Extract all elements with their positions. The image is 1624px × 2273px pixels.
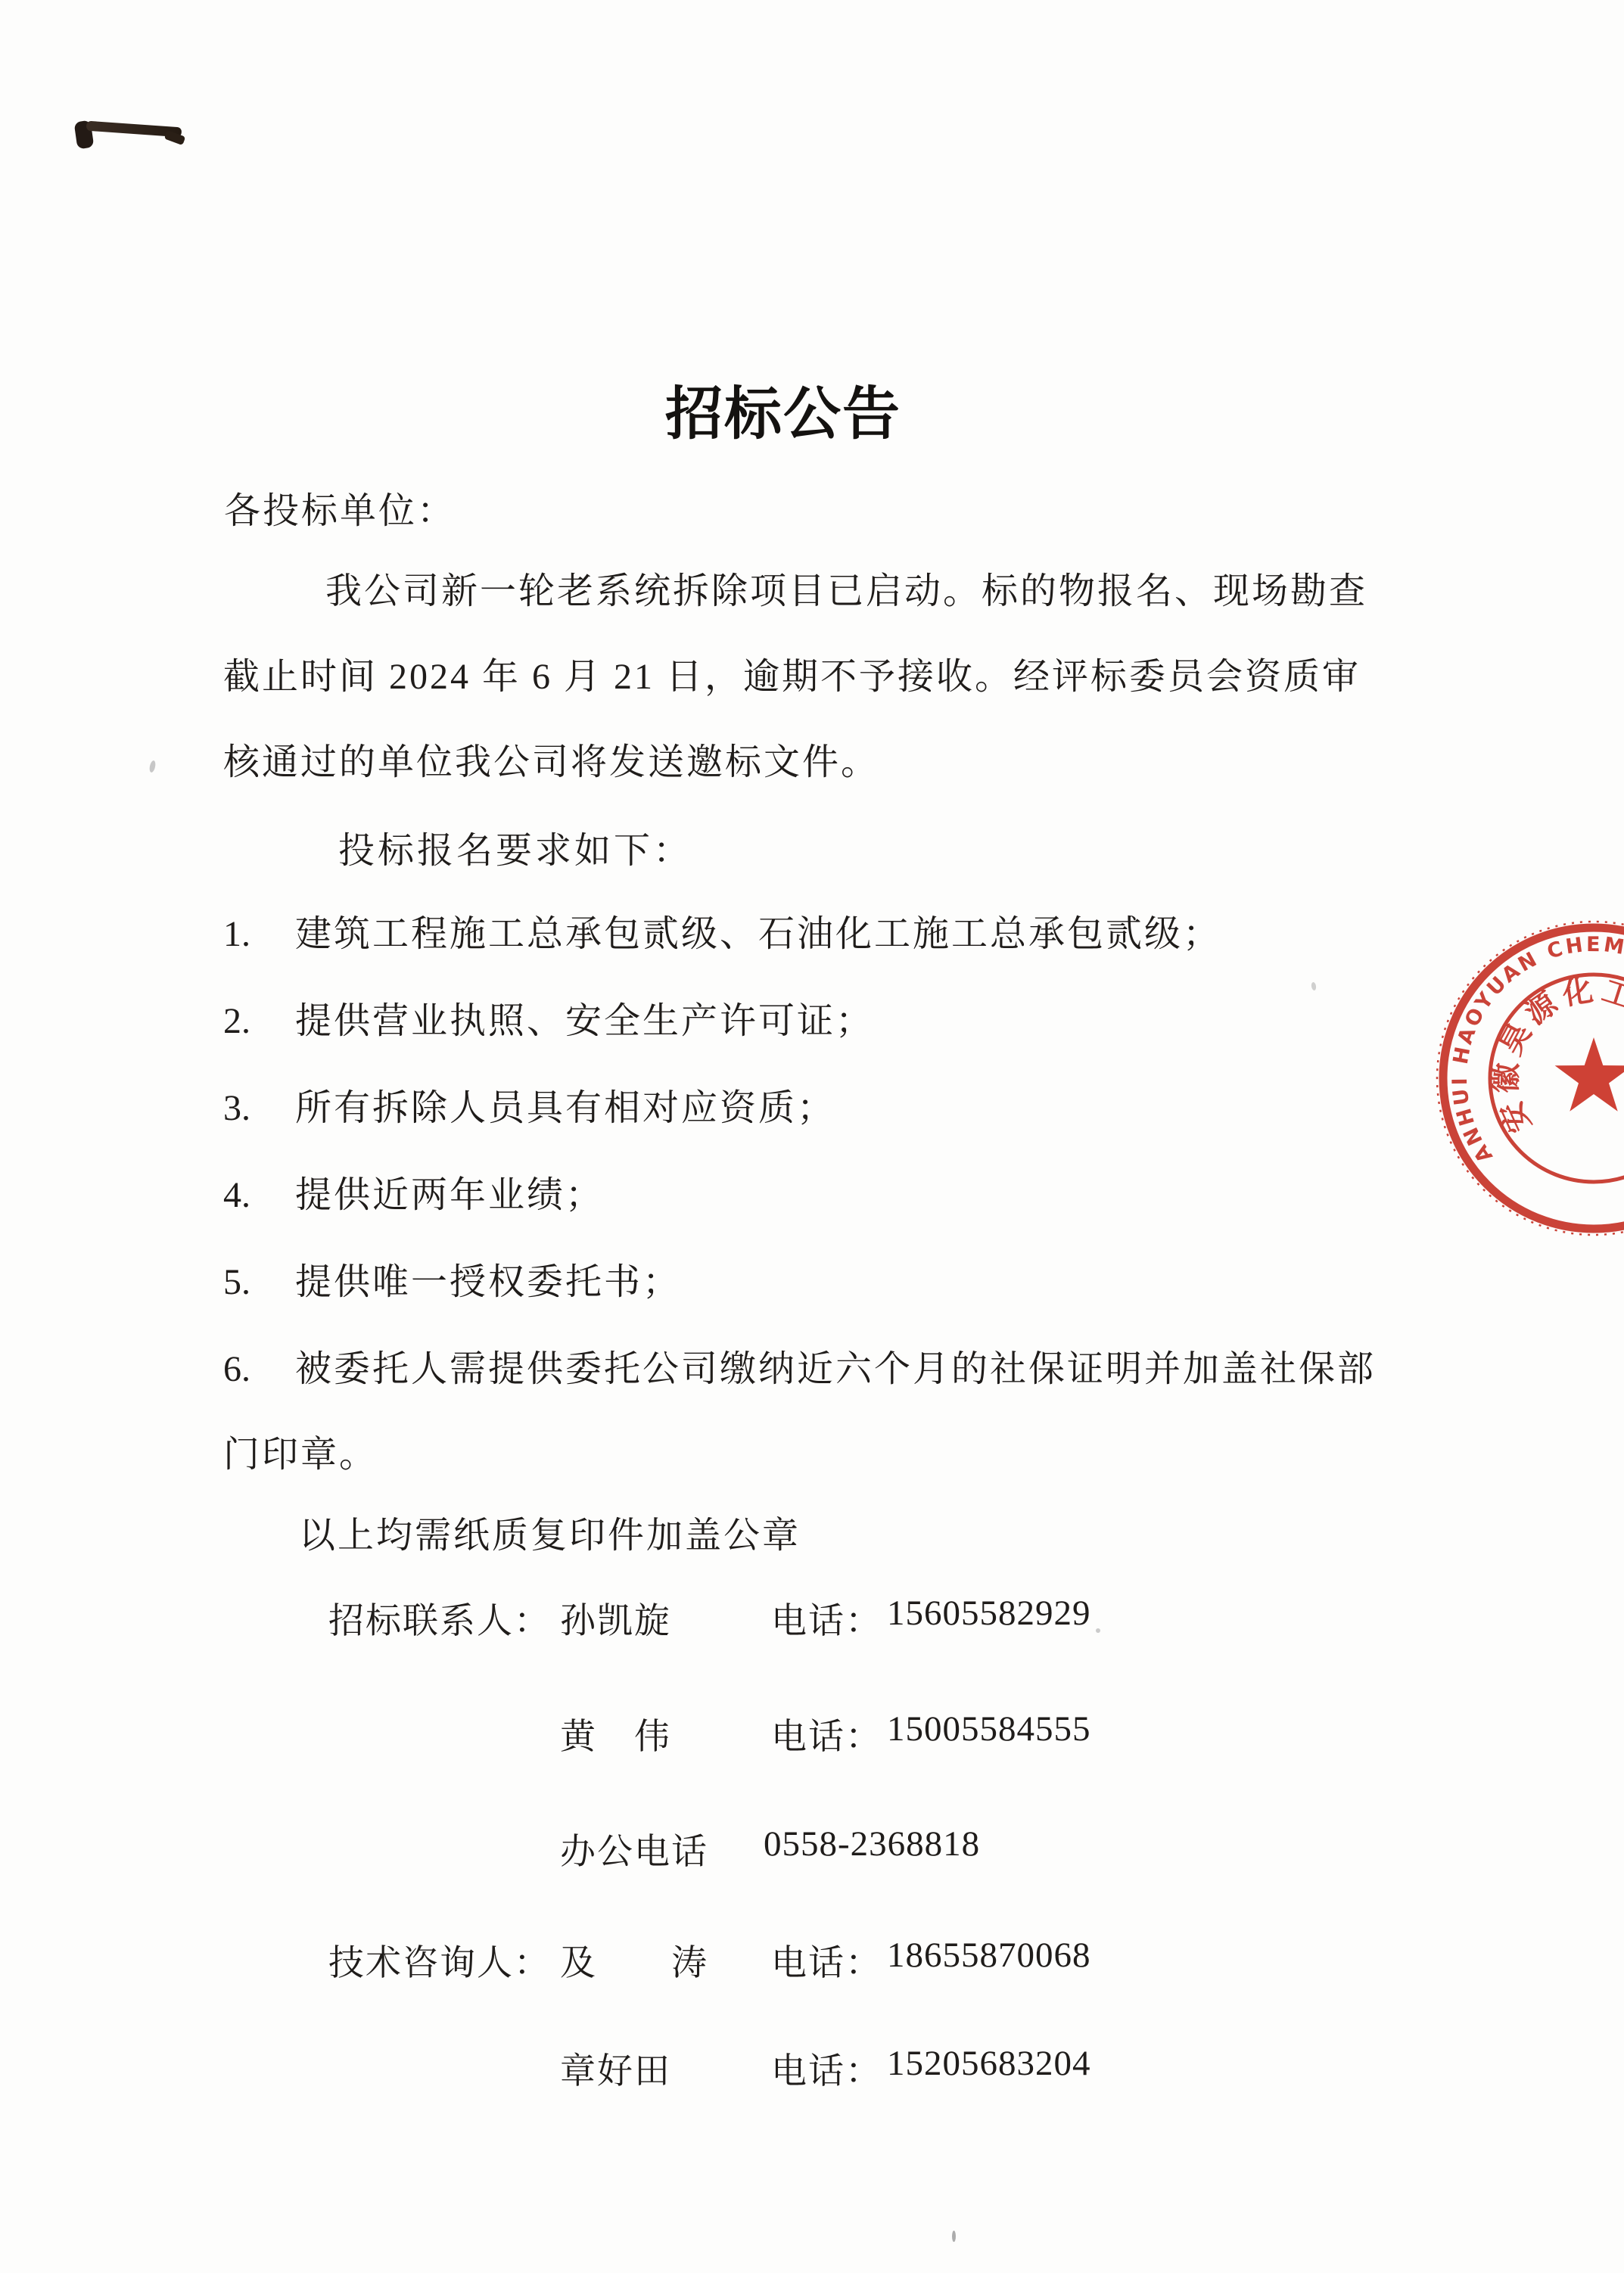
requirement-item-3: 3.所有拆除人员具有相对应资质； [223,1078,835,1130]
salutation-line: 各投标单位： [224,481,456,533]
contact-row-bidding-1: 招标联系人： 孙凯旋 电话： 15605582929 [0,1593,1624,1640]
requirement-number-4: 4. [223,1174,295,1216]
scanned-document-page: 招标公告 各投标单位： 我公司新一轮老系统拆除项目已启动。标的物报名、现场勘查 … [0,0,1624,2273]
contact-label: 技术咨询人： [328,1935,551,1985]
requirements-heading: 投标报名要求如下： [338,821,692,873]
contact-name: 办公电话 [560,1824,708,1874]
stamp-chinese-text: 安徽昊源化工集团 [1489,972,1624,1138]
requirement-text-3: 所有拆除人员具有相对应资质； [295,1088,835,1128]
contact-name: 及 涛 [560,1935,708,1985]
requirement-item-2: 2.提供营业执照、安全生产许可证； [223,991,874,1043]
staple-mark-tail [164,130,186,145]
scan-speck [952,2231,956,2242]
stamp-star [1555,1037,1624,1112]
phone-number: 15605582929 [887,1593,1091,1634]
contact-row-technical-2: 章好田 电话： 15205683204 [0,2043,1624,2090]
paragraph-line-1: 我公司新一轮老系统拆除项目已启动。标的物报名、现场勘查 [325,561,1367,614]
contact-name: 章好田 [560,2043,671,2094]
phone-number: 18655870068 [887,1935,1091,1976]
requirement-text-6: 被委托人需提供委托公司缴纳近六个月的社保证明并加盖社保部 [295,1349,1376,1389]
requirement-text-1: 建筑工程施工总承包贰级、石油化工施工总承包贰级； [295,914,1221,954]
note-line: 以上均需纸质复印件加盖公章 [299,1506,801,1558]
staple-mark [76,115,197,160]
requirement-text-2: 提供营业执照、安全生产许可证； [295,1001,874,1041]
phone-label: 电话： [771,1709,882,1759]
contact-name: 孙凯旋 [560,1593,671,1643]
requirement-text-5: 提供唯一授权委托书； [295,1262,681,1302]
contact-row-bidding-2: 黄 伟 电话： 15005584555 [0,1709,1624,1755]
requirement-item-1: 1.建筑工程施工总承包贰级、石油化工施工总承包贰级； [223,904,1221,956]
company-seal-stamp: ANHUI HAOYUAN CHEMICAL 安徽昊源化工集团 [1435,919,1624,1237]
requirement-text-4: 提供近两年业绩； [295,1175,604,1215]
scan-speck [1096,1628,1100,1633]
svg-text:安徽昊源化工集团: 安徽昊源化工集团 [1489,972,1624,1138]
requirement-number-2: 2. [223,1000,295,1042]
phone-label: 电话： [771,1593,882,1643]
contact-row-office-phone: 办公电话 0558-2368818 [0,1824,1624,1870]
phone-label: 电话： [771,1935,882,1985]
requirement-number-1: 1. [223,913,295,955]
requirement-item-6-continuation: 门印章。 [223,1425,378,1477]
phone-number: 15205683204 [887,2043,1091,2084]
scan-speck [148,760,156,773]
requirement-number-3: 3. [223,1087,295,1129]
scan-speck [1311,982,1317,991]
paragraph-line-3: 核通过的单位我公司将发送邀标文件。 [223,732,879,785]
phone-number: 0558-2368818 [764,1824,980,1864]
paragraph-line-2: 截止时间 2024 年 6 月 21 日，逾期不予接收。经评标委员会资质审 [223,647,1361,699]
contact-row-technical-1: 技术咨询人： 及 涛 电话： 18655870068 [0,1935,1624,1982]
requirement-number-6: 6. [223,1348,295,1390]
phone-number: 15005584555 [887,1709,1091,1749]
page-title: 招标公告 [0,368,1595,450]
requirement-item-5: 5.提供唯一授权委托书； [223,1252,681,1304]
contact-name: 黄 伟 [560,1709,671,1759]
requirement-item-6: 6.被委托人需提供委托公司缴纳近六个月的社保证明并加盖社保部 [223,1339,1376,1391]
requirement-number-5: 5. [223,1261,295,1303]
contact-label: 招标联系人： [328,1593,551,1643]
requirement-item-4: 4.提供近两年业绩； [223,1165,604,1217]
phone-label: 电话： [771,2043,882,2094]
